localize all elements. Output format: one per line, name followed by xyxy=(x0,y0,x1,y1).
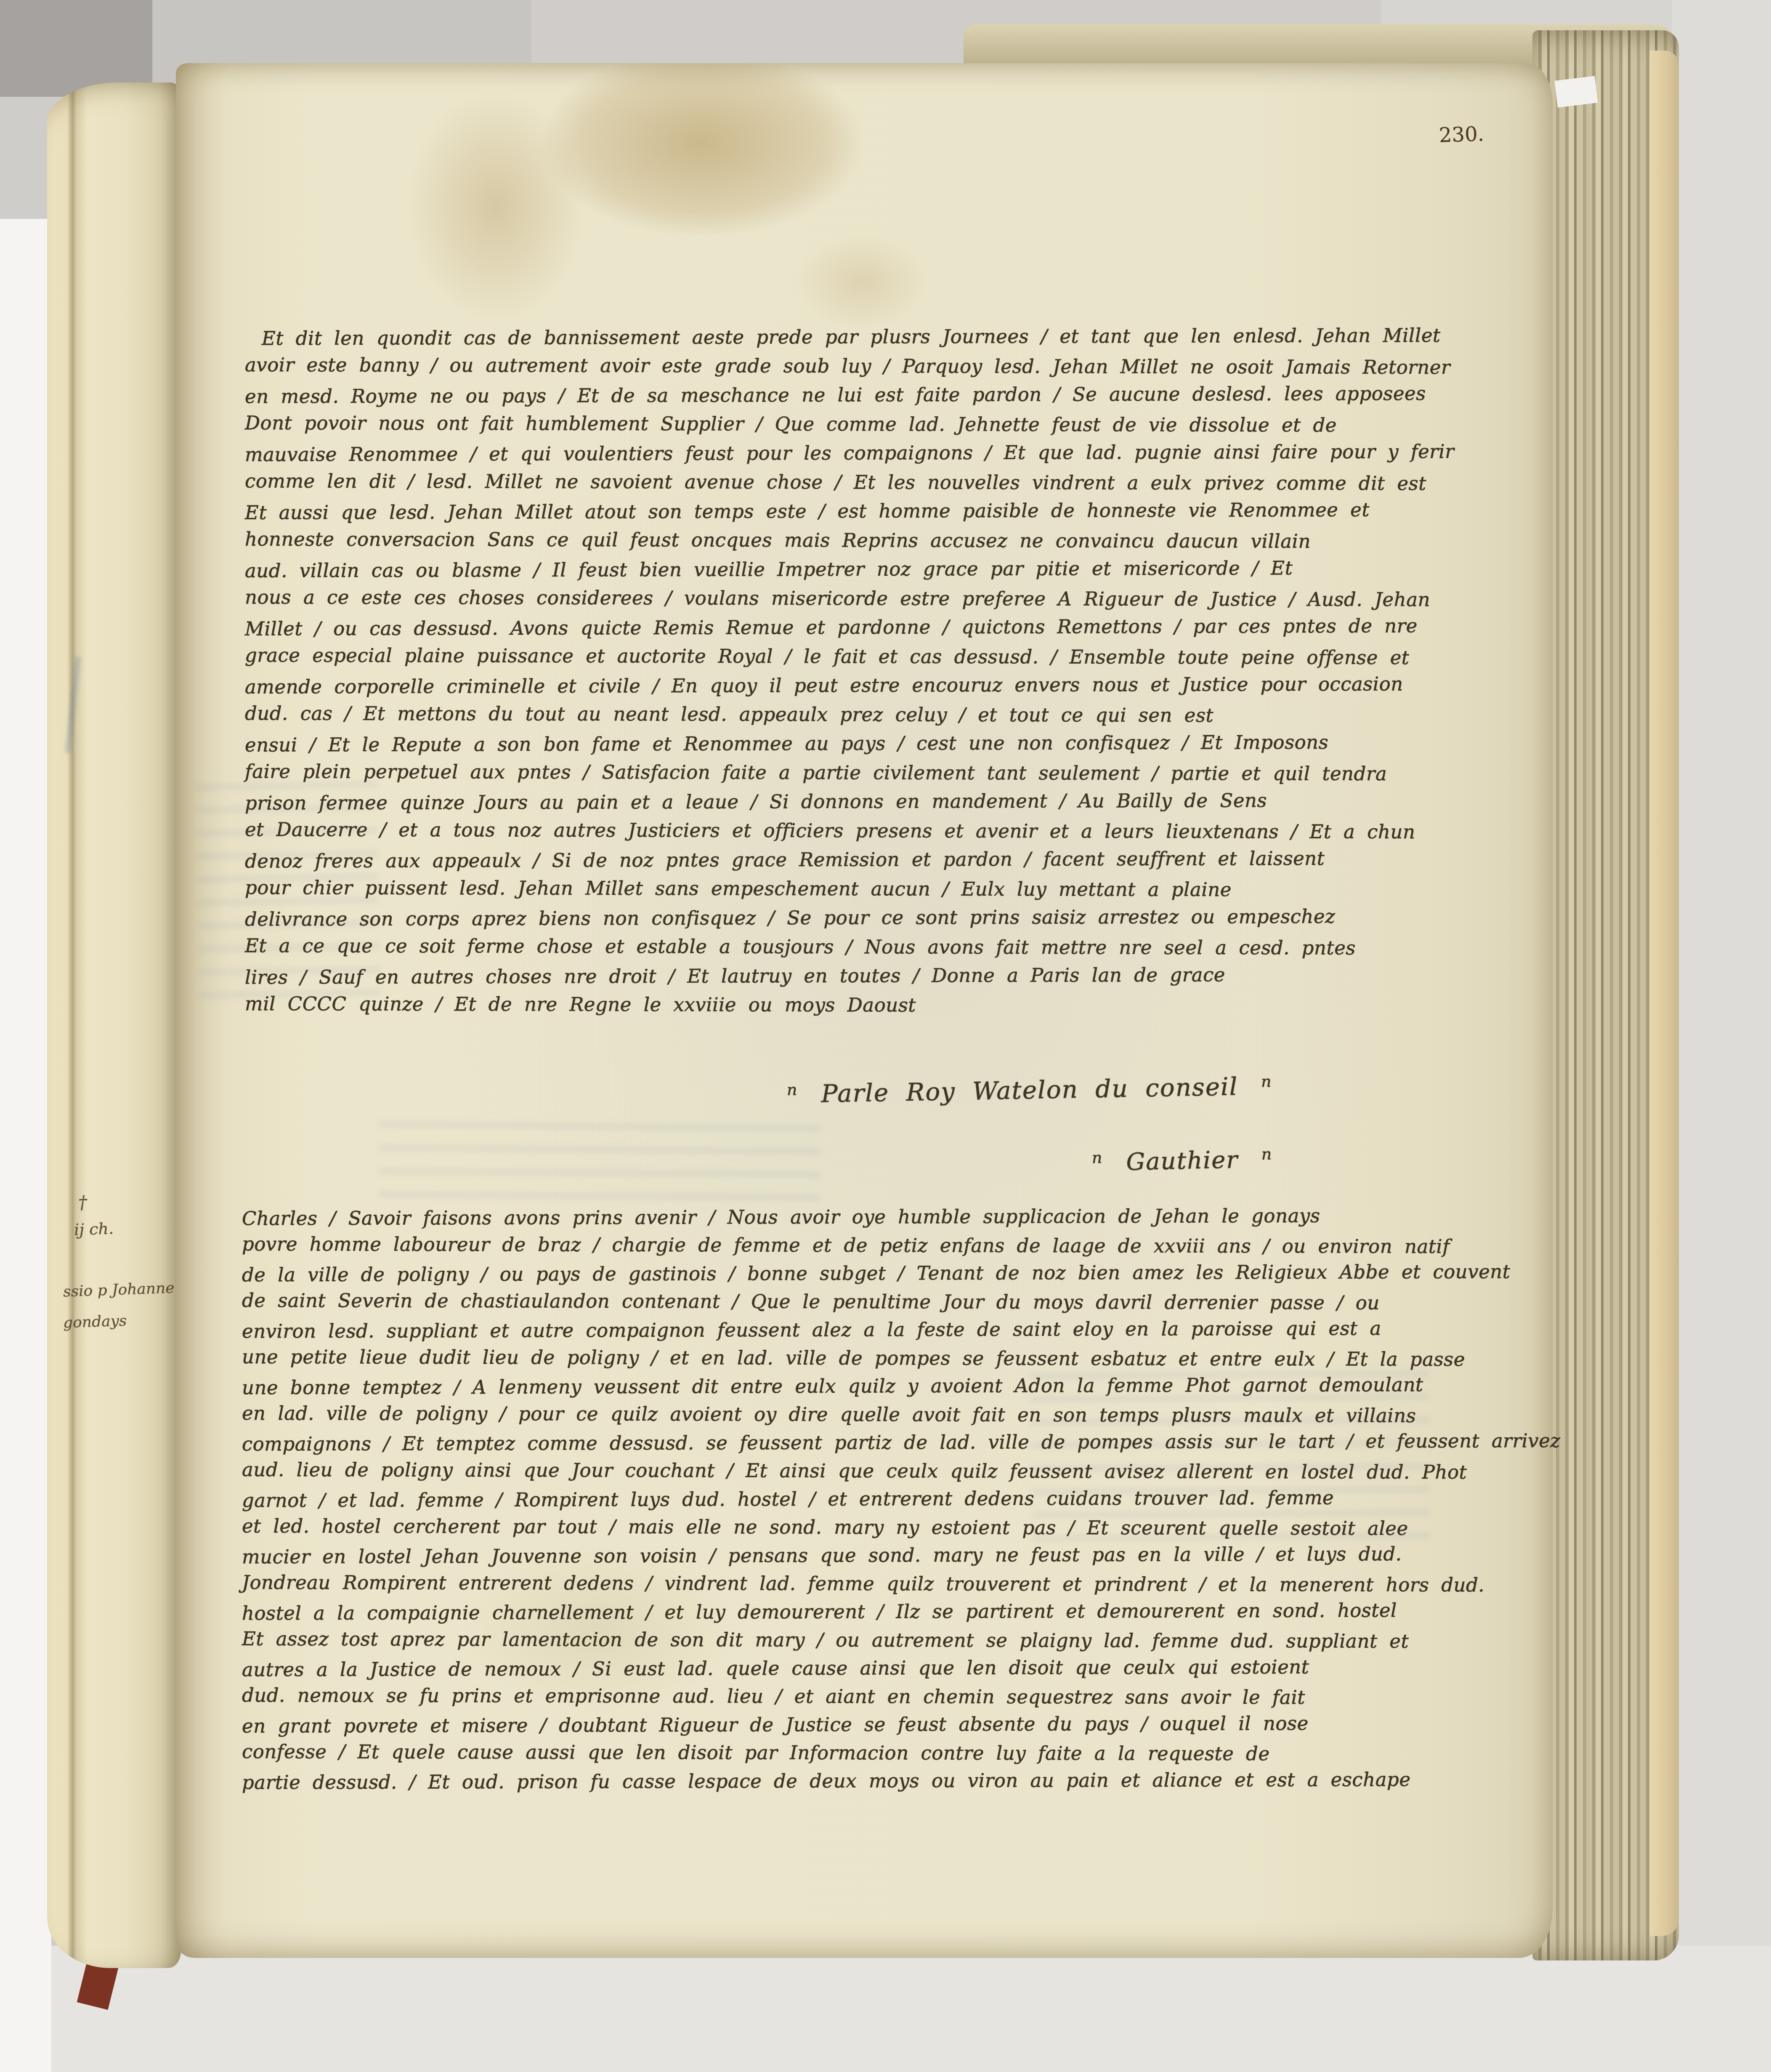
facing-page-gutter xyxy=(47,82,181,1968)
manuscript-line: en mesd. Royme ne ou pays / Et de sa mes… xyxy=(245,379,1389,411)
flourish-mark: n xyxy=(1238,1072,1296,1091)
backdrop-bottom xyxy=(0,1946,1771,2072)
text-block-new-remission: Charles / Savoir faisons avons prins ave… xyxy=(242,1203,1403,1795)
page-number: 230. xyxy=(1439,122,1484,147)
manuscript-line: prison fermee quinze Jours au pain et a … xyxy=(245,785,1389,817)
manuscript-line: amende corporelle criminelle et civile /… xyxy=(245,669,1389,701)
clerk-signature: nGauthiern xyxy=(1068,1144,1296,1177)
manuscript-line: denoz freres aux appeaulx / Si de noz pn… xyxy=(245,843,1389,875)
manuscript-line: aud. lieu de poligny ainsi que Jour couc… xyxy=(242,1455,1403,1486)
margin-note: ij ch. xyxy=(74,1219,114,1239)
ink-showthrough xyxy=(378,1109,821,1218)
manuscript-line: dud. nemoux se fu prins et emprisonne au… xyxy=(242,1681,1403,1712)
flourish-mark: n xyxy=(1068,1148,1126,1168)
text-block-remission-end: Et dit len quondit cas de bannissement a… xyxy=(245,322,1389,1019)
manuscript-line: environ lesd. suppliant et autre compaig… xyxy=(242,1314,1403,1345)
manuscript-line: aud. villain cas ou blasme / Il feust bi… xyxy=(245,553,1389,585)
manuscript-line: garnot / et lad. femme / Rompirent luys … xyxy=(242,1483,1403,1514)
manuscript-photo: 230. † ij ch. ssio p Johanne gondays Et … xyxy=(0,0,1771,2072)
manuscript-line: ensui / Et le Repute a son bon fame et R… xyxy=(245,727,1389,759)
manuscript-line: povre homme laboureur de braz / chargie … xyxy=(242,1230,1403,1261)
manuscript-line: avoir este banny / ou autrement avoir es… xyxy=(245,350,1389,382)
manuscript-line: Et aussi que lesd. Jehan Millet atout so… xyxy=(245,495,1389,527)
manuscript-line: de la ville de poligny / ou pays de gast… xyxy=(242,1258,1403,1289)
clerk-signature-text: Gauthier xyxy=(1126,1146,1239,1176)
manuscript-line: honneste conversacion Sans ce quil feust… xyxy=(245,524,1389,556)
manuscript-line: Et dit len quondit cas de bannissement a… xyxy=(245,321,1389,353)
outer-leaf-edge xyxy=(1649,51,1679,1936)
manuscript-line: grace especial plaine puissance et aucto… xyxy=(245,641,1389,672)
manuscript-line-dateclause: mil CCCC quinze / Et de nre Regne le xxv… xyxy=(245,989,1389,1021)
manuscript-line: Et assez tost aprez par lamentacion de s… xyxy=(242,1625,1403,1655)
manuscript-line: pour chier puissent lesd. Jehan Millet s… xyxy=(245,873,1389,904)
manuscript-line: en lad. ville de poligny / pour ce quilz… xyxy=(242,1399,1403,1430)
manuscript-line: une bonne temptez / A lenmeny veussent d… xyxy=(242,1370,1403,1402)
manuscript-line: dud. cas / Et mettons du tout au neant l… xyxy=(245,699,1389,730)
white-leaf-corner xyxy=(1554,76,1598,107)
manuscript-line: faire plein perpetuel aux pntes / Satisf… xyxy=(245,757,1389,788)
manuscript-line: Et a ce que ce soit ferme chose et estab… xyxy=(245,931,1389,963)
manuscript-line: hostel a la compaignie charnellement / e… xyxy=(242,1596,1403,1627)
flourish-mark: n xyxy=(764,1080,821,1099)
manuscript-line: Jondreau Rompirent entrerent dedens / vi… xyxy=(242,1568,1403,1599)
manuscript-line: et Daucerre / et a tous noz autres Justi… xyxy=(245,815,1389,846)
flourish-mark: n xyxy=(1238,1144,1296,1164)
manuscript-line: nous a ce este ces choses considerees / … xyxy=(245,583,1389,614)
manuscript-line: Millet / ou cas dessusd. Avons quicte Re… xyxy=(245,611,1389,643)
margin-note: gondays xyxy=(63,1312,127,1331)
manuscript-line: confesse / Et quele cause aussi que len … xyxy=(242,1737,1403,1768)
manuscript-line: lires / Sauf en autres choses nre droit … xyxy=(245,960,1389,992)
manuscript-line: autres a la Justice de nemoux / Si eust … xyxy=(242,1652,1403,1684)
backdrop-right xyxy=(1672,0,1771,2072)
manuscript-line: Charles / Savoir faisons avons prins ave… xyxy=(242,1201,1403,1232)
manuscript-line: de saint Severin de chastiaulandon conte… xyxy=(242,1286,1403,1317)
manuscript-line: Dont povoir nous ont fait humblement Sup… xyxy=(245,408,1389,440)
manuscript-line: mucier en lostel Jehan Jouvenne son vois… xyxy=(242,1540,1403,1571)
backdrop-left-white-card xyxy=(0,219,51,2072)
manuscript-line: mauvaise Renommee / et qui voulentiers f… xyxy=(245,437,1389,469)
manuscript-line: en grant povrete et misere / doubtant Ri… xyxy=(242,1709,1403,1740)
manuscript-line: et led. hostel cercherent par tout / mai… xyxy=(242,1512,1403,1543)
manuscript-line: partie dessusd. / Et oud. prison fu cass… xyxy=(242,1765,1403,1796)
manuscript-line: une petite lieue dudit lieu de poligny /… xyxy=(242,1343,1403,1373)
manuscript-line: comme len dit / lesd. Millet ne savoient… xyxy=(245,466,1389,498)
manuscript-line: compaignons / Et temptez comme dessusd. … xyxy=(242,1427,1403,1458)
margin-cross-mark: † xyxy=(78,1192,88,1213)
manuscript-line: delivrance son corps aprez biens non con… xyxy=(245,902,1389,934)
